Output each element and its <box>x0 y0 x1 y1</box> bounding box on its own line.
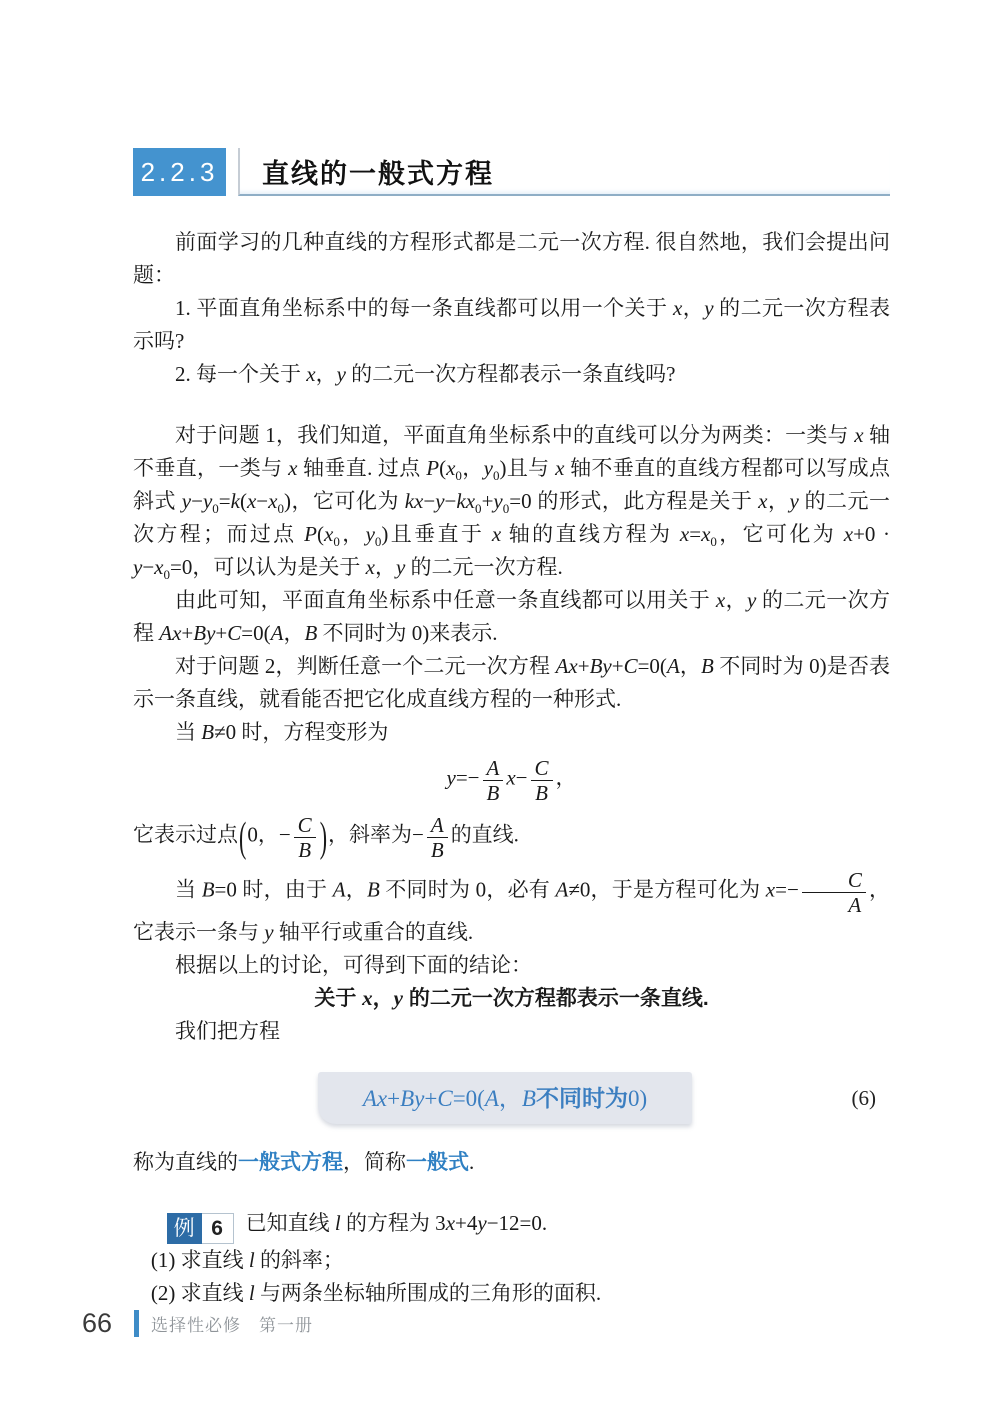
text-run: ， <box>373 987 394 1010</box>
math-variable: B <box>522 1082 536 1115</box>
math-variable: x <box>673 296 682 320</box>
math-variable: k <box>231 489 240 513</box>
fraction-denominator: B <box>427 838 448 861</box>
example-6-item-2: (2) 求直线 l 与两条坐标轴所围成的三角形的面积. <box>133 1277 890 1310</box>
text-run: ， <box>680 654 701 678</box>
text-run: 1. 平面直角坐标系中的每一条直线都可以用一个关于 <box>175 296 673 320</box>
text-run: =0，可以认为是关于 <box>170 555 366 579</box>
math-variable: y <box>337 362 346 386</box>
math-variable: C <box>624 654 638 678</box>
math-variable: y <box>203 489 212 513</box>
spacer-small <box>133 861 890 869</box>
section-number: 2.2.3 <box>141 157 219 188</box>
fraction: CB <box>531 757 553 804</box>
math-variable: By <box>400 1082 424 1115</box>
fraction-denominator: B <box>294 838 316 861</box>
text-run: ，它可化为 <box>717 522 844 546</box>
para-problem1-discussion: 对于问题 1，我们知道，平面直角坐标系中的直线可以分为两类：一类与 x 轴不垂直… <box>133 419 890 584</box>
text-run: ， <box>283 621 304 645</box>
text-run: ， <box>316 362 337 386</box>
math-variable: B <box>304 621 317 645</box>
text-run: ，简称 <box>343 1150 406 1174</box>
fraction-numerator: A <box>483 757 504 781</box>
math-variable: kx <box>456 489 475 513</box>
text-run: 我们把方程 <box>175 1019 280 1043</box>
text-run: 的二元一次方程都表示一条直线. <box>403 987 709 1010</box>
text-run: + <box>215 621 227 645</box>
math-variable: y <box>704 296 713 320</box>
fraction: AB <box>427 814 448 861</box>
section-number-badge: 2.2.3 <box>133 148 226 196</box>
text-run: =0( <box>453 1082 485 1115</box>
fraction-denominator: B <box>483 781 504 804</box>
text-run: − <box>423 489 435 513</box>
general-form-equation: Ax+By+C=0(A，B 不同时为 0) <box>318 1072 692 1124</box>
para-line-through-point: 它表示过点(0，−CB)，斜率为−AB的直线. <box>133 814 890 861</box>
para-question-1: 1. 平面直角坐标系中的每一条直线都可以用一个关于 x，y 的二元一次方程表示吗… <box>133 292 890 358</box>
section-title-area: 直线的一般式方程 <box>238 148 890 196</box>
text-run: 与两条坐标轴所围成的三角形的面积. <box>255 1281 602 1305</box>
text-run: 轴垂直. 过点 <box>297 456 426 480</box>
math-variable: By <box>193 621 215 645</box>
math-variable: x <box>247 489 256 513</box>
math-variable: B <box>367 877 380 901</box>
text-run: ， <box>462 456 484 480</box>
textbook-page: 2.2.3 直线的一般式方程 前面学习的几种直线的方程形式都是二元一次方程. 很… <box>0 0 1000 1422</box>
math-variable: y <box>435 489 444 513</box>
fraction: AB <box>483 757 504 804</box>
text-run: 前面学习的几种直线的方程形式都是二元一次方程. 很自然地，我们会提出问题： <box>133 230 890 287</box>
math-variable: Ax <box>363 1082 387 1115</box>
text-run: + <box>424 1082 437 1115</box>
math-variable: P <box>304 522 317 546</box>
math-variable: x <box>288 456 297 480</box>
text-run: − <box>516 765 528 789</box>
text-run: 0) <box>628 1082 647 1115</box>
text-run: ， <box>767 489 789 513</box>
math-variable: B <box>202 877 215 901</box>
text-run: 它表示过点 <box>133 822 238 846</box>
math-variable: y <box>133 555 142 579</box>
text-run: =0( <box>241 621 270 645</box>
text-run: − <box>142 555 154 579</box>
text-run: 称为直线的 <box>133 1150 238 1174</box>
text-run: (1) 求直线 <box>151 1248 249 1272</box>
fraction-numerator: A <box>427 814 448 838</box>
text-run: 对于问题 1，我们知道，平面直角坐标系中的直线可以分为两类：一类与 <box>175 423 854 447</box>
math-variable: kx <box>405 489 424 513</box>
text-run: 已知直线 <box>246 1211 335 1235</box>
text-run: + <box>482 489 494 513</box>
para-case-b-nonzero: 当 B≠0 时，方程变形为 <box>133 716 890 749</box>
math-variable: x <box>716 588 725 612</box>
math-variable: x <box>366 555 375 579</box>
term-highlight: 一般式方程 <box>238 1151 343 1174</box>
math-variable: B <box>701 654 714 678</box>
text-run: +4 <box>455 1211 477 1235</box>
formula-slope-intercept: y=−ABx−CB， <box>133 757 890 804</box>
math-variable: A <box>333 877 346 901</box>
math-variable: y <box>394 986 403 1010</box>
fraction-denominator: A <box>802 893 866 916</box>
example-number: 6 <box>202 1213 234 1244</box>
text-run: +0 · <box>853 522 890 546</box>
math-variable: x <box>844 522 853 546</box>
text-run: −12=0. <box>487 1211 547 1235</box>
math-variable: y <box>484 456 493 480</box>
text-run: ≠0，于是方程可化为 <box>568 877 765 901</box>
math-variable: y <box>264 920 273 944</box>
text-run: 根据以上的讨论，可得到下面的结论： <box>175 953 532 977</box>
math-variable: B <box>201 720 214 744</box>
para-intro: 前面学习的几种直线的方程形式都是二元一次方程. 很自然地，我们会提出问题： <box>133 226 890 292</box>
fraction-numerator: C <box>802 869 866 893</box>
fraction: CA <box>802 869 866 916</box>
fraction-numerator: C <box>294 814 316 838</box>
math-variable: x <box>492 522 501 546</box>
footer-divider-bar <box>134 1310 139 1337</box>
text-run: 的二元一次方程都表示一条直线吗? <box>346 362 676 386</box>
term-highlight: 一般式 <box>406 1151 469 1174</box>
text-run: ， <box>725 588 747 612</box>
book-title: 选择性必修 第一册 <box>151 1311 313 1336</box>
text-run: + <box>181 621 193 645</box>
text-run: 对于问题 2，判断任意一个二元一次方程 <box>175 654 556 678</box>
math-variable: y <box>747 588 756 612</box>
math-variable: A <box>271 621 284 645</box>
para-bold-conclusion: 关于 x，y 的二元一次方程都表示一条直线. <box>133 982 890 1015</box>
page-number: 66 <box>82 1308 112 1339</box>
text-run: ，斜率为− <box>328 822 424 846</box>
page-footer: 66 选择性必修 第一册 <box>82 1308 313 1339</box>
text-run: − <box>191 489 203 513</box>
text-run: ( <box>317 522 324 546</box>
example-badge: 例6 <box>167 1213 234 1244</box>
math-variable: y <box>182 489 191 513</box>
text-run: − <box>445 489 457 513</box>
text-run: = <box>219 489 231 513</box>
page-title: 直线的一般式方程 <box>262 152 494 191</box>
para-question-2: 2. 每一个关于 x，y 的二元一次方程都表示一条直线吗? <box>133 358 890 391</box>
equation-number: (6) <box>852 1082 877 1115</box>
text-run: = <box>689 522 701 546</box>
text-run: ， <box>499 1082 522 1115</box>
math-variable: x <box>306 362 315 386</box>
fraction: CB <box>294 814 316 861</box>
text-run: =− <box>775 877 799 901</box>
math-variable: By <box>590 654 612 678</box>
text-run: 2. 每一个关于 <box>175 362 306 386</box>
section-header: 2.2.3 直线的一般式方程 <box>133 148 890 196</box>
math-variable: Ax <box>159 621 181 645</box>
text-run: ， <box>340 522 366 546</box>
text-run: − <box>256 489 268 513</box>
example-6-heading: 例6已知直线 l 的方程为 3x+4y−12=0. <box>133 1207 890 1244</box>
text-run: 的直线. <box>451 822 519 846</box>
text-run: 的斜率； <box>255 1248 344 1272</box>
text-run: . <box>469 1150 474 1174</box>
text-run: ， <box>556 765 577 789</box>
math-variable: A <box>485 1082 499 1115</box>
text-run: 的二元一次方程. <box>405 555 563 579</box>
math-variable: y <box>396 555 405 579</box>
math-variable: y <box>366 522 375 546</box>
text-run: + <box>387 1082 400 1115</box>
para-case-b-zero: 当 B=0 时，由于 A，B 不同时为 0，必有 A≠0，于是方程可化为 x=−… <box>133 869 890 949</box>
math-variable: P <box>426 456 439 480</box>
text-run: 不同时为 0，必有 <box>380 877 556 901</box>
para-definition-general-form: 称为直线的一般式方程，简称一般式. <box>133 1146 890 1179</box>
bold-text: 不同时为 <box>536 1082 628 1115</box>
text-run: + <box>612 654 624 678</box>
spacer <box>133 1179 890 1207</box>
text-run: (2) 求直线 <box>151 1281 249 1305</box>
text-run: 当 <box>175 720 201 744</box>
text-run: ， <box>346 877 367 901</box>
text-run: =0( <box>638 654 667 678</box>
text-run: 0，− <box>247 822 290 846</box>
text-run: ≠0 时，方程变形为 <box>214 720 388 744</box>
text-run: 当 <box>175 877 202 901</box>
text-run: =− <box>456 765 480 789</box>
text-run: 不同时为 0)来表示. <box>317 621 497 645</box>
math-variable: x <box>446 456 455 480</box>
text-run: )且垂直于 <box>381 522 491 546</box>
math-variable: x <box>506 765 515 789</box>
para-we-call-equation: 我们把方程 <box>133 1015 890 1048</box>
para-problem2-discussion: 对于问题 2，判断任意一个二元一次方程 Ax+By+C=0(A，B 不同时为 0… <box>133 650 890 716</box>
math-variable: y <box>789 489 798 513</box>
para-conclusion-any-line: 由此可知，平面直角坐标系中任意一条直线都可以用关于 x，y 的二元一次方程 Ax… <box>133 584 890 650</box>
math-variable: C <box>227 621 241 645</box>
math-variable: x <box>154 555 163 579</box>
para-based-on-discussion: 根据以上的讨论，可得到下面的结论： <box>133 949 890 982</box>
spacer <box>133 391 890 419</box>
text-run: 由此可知，平面直角坐标系中任意一条直线都可以用关于 <box>175 588 716 612</box>
text-run: 轴平行或重合的直线. <box>274 920 474 944</box>
math-variable: Ax <box>556 654 578 678</box>
math-variable: x <box>446 1211 455 1235</box>
text-run: ， <box>682 296 704 320</box>
text-run: + <box>578 654 590 678</box>
formula-row: Ax+By+C=0(A，B 不同时为 0)(6) <box>133 1072 890 1124</box>
math-variable: x <box>766 877 775 901</box>
example-6-item-1: (1) 求直线 l 的斜率； <box>133 1244 890 1277</box>
math-variable: x <box>324 522 333 546</box>
math-variable: y <box>477 1211 486 1235</box>
math-variable: x <box>680 522 689 546</box>
math-variable: x <box>854 423 863 447</box>
text-run: )，它可化为 <box>284 489 405 513</box>
close-paren: ) <box>320 806 327 869</box>
example-label: 例 <box>167 1213 202 1244</box>
math-variable: y <box>446 765 455 789</box>
math-variable: y <box>493 489 502 513</box>
page-content: 前面学习的几种直线的方程形式都是二元一次方程. 很自然地，我们会提出问题：1. … <box>133 226 890 1310</box>
fraction-numerator: C <box>531 757 553 781</box>
math-variable: x <box>362 986 373 1010</box>
text-run: 轴的直线方程为 <box>501 522 680 546</box>
text-run: )且与 <box>499 456 555 480</box>
open-paren: ( <box>239 806 246 869</box>
text-run: ( <box>240 489 247 513</box>
text-run: ( <box>439 456 446 480</box>
math-variable: A <box>667 654 680 678</box>
text-run: =0 的形式，此方程是关于 <box>509 489 758 513</box>
math-variable: C <box>437 1082 452 1115</box>
text-run: 的方程为 3 <box>341 1211 446 1235</box>
text-run: =0 时，由于 <box>215 877 333 901</box>
text-run: ， <box>375 555 396 579</box>
text-run: 关于 <box>314 987 362 1010</box>
math-variable: A <box>555 877 568 901</box>
fraction-denominator: B <box>531 781 553 804</box>
